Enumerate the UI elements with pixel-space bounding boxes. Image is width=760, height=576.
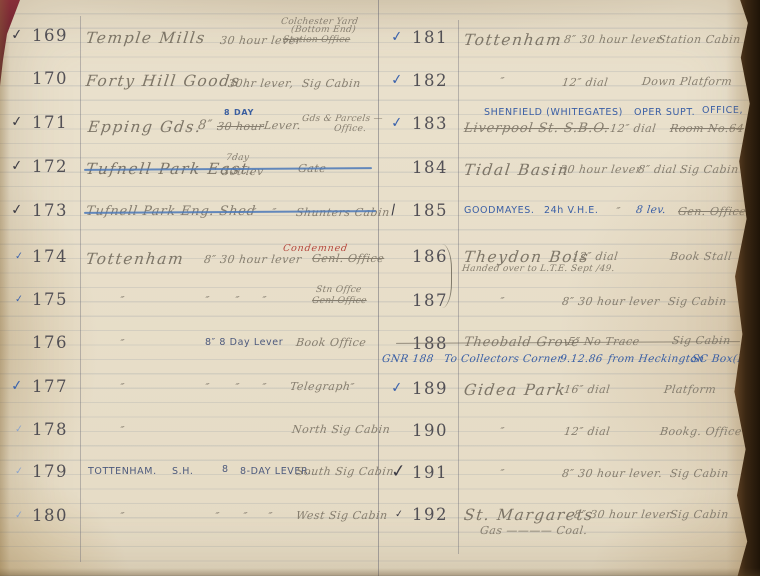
handwritten-text: Gds & Parcels — <box>301 114 383 124</box>
handwritten-text: Lever. <box>263 119 302 132</box>
handwritten-text: from Heckington <box>607 353 705 365</box>
handwritten-text: Book Office <box>295 336 367 349</box>
entry-number: 190 <box>400 421 448 440</box>
handwritten-text: ″ <box>119 510 126 523</box>
handwritten-text: S.H. <box>172 466 193 477</box>
entry-number: 186 <box>400 247 448 266</box>
handwritten-text: ″ <box>204 381 211 394</box>
left-number-divider <box>80 16 81 562</box>
handwritten-text: Gas ———— Coal. <box>479 524 588 537</box>
ledger-row: 188Theobald Grove5″ No TraceSig CabinGNR… <box>380 334 760 364</box>
ledger-page: ✓169Temple Mills30 hour leverColchester … <box>0 0 760 576</box>
handwritten-text: (Bottom End) <box>290 25 356 35</box>
handwritten-text: ″ <box>261 381 268 394</box>
handwritten-text: Tottenham <box>463 31 564 49</box>
ledger-row: 170Forty Hill Goods30hr lever,Sig Cabin <box>0 69 378 99</box>
ledger-row: ✓183SHENFIELD (WHITEGATES)OPER SUPT.OFFI… <box>380 114 760 144</box>
handwritten-text: ″ <box>119 424 126 437</box>
handwritten-text: 8″ 30 hour lever <box>573 508 672 521</box>
entry-number: 173 <box>20 201 68 220</box>
handwritten-text: 30hr lever, <box>227 77 294 90</box>
entry-number: 181 <box>400 28 448 47</box>
entry-number: 171 <box>20 113 68 132</box>
ledger-row: ✓174Tottenham8″ 30 hour leverCondemnedGe… <box>0 247 378 277</box>
handwritten-text: Epping Gds. <box>87 118 203 136</box>
handwritten-text: ″ <box>499 75 506 88</box>
handwritten-text: Gidea Park <box>463 381 568 399</box>
handwritten-text: Temple Mills <box>85 29 207 47</box>
handwritten-text: Office. <box>333 124 366 134</box>
entry-number: 180 <box>20 506 68 525</box>
handwritten-text: 12″ dial <box>609 122 657 135</box>
handwritten-text: 8 DAY <box>224 108 254 117</box>
entry-number: 187 <box>400 291 448 310</box>
handwritten-text: 8″ 30 hour lever. <box>561 467 663 480</box>
ledger-row: ✓179TOTTENHAM.S.H.88-DAY LEVER.South Sig… <box>0 462 378 492</box>
handwritten-text: ″ <box>499 295 506 308</box>
handwritten-text: Genl Office <box>311 296 367 306</box>
handwritten-text: ″ <box>267 510 274 523</box>
center-column-divider <box>378 0 379 576</box>
handwritten-text: 12″ dial <box>563 425 611 438</box>
handwritten-text: 24h V.H.E. <box>544 205 598 216</box>
entry-number: 179 <box>20 462 68 481</box>
entry-number: 170 <box>20 69 68 88</box>
ledger-row: ✓172Tufnell Park East.7day30t levGate <box>0 157 378 187</box>
handwritten-text: Telegraph <box>289 380 351 393</box>
handwritten-text: ″ <box>119 294 126 307</box>
ledger-row: 190″12″ dialBookg. Office <box>380 421 760 451</box>
handwritten-text: ″ <box>349 381 356 394</box>
handwritten-text: TOTTENHAM. <box>88 466 157 477</box>
handwritten-text: Liverpool St. S.B.O. <box>463 121 610 136</box>
ledger-row: 187″8″ 30 hour leverSig Cabin <box>380 291 760 321</box>
column-right: ✓181Tottenham8″ 30 hour leverStation Cab… <box>380 0 760 576</box>
handwritten-text: Down Platform <box>641 75 733 88</box>
ledger-row: ✓191″8″ 30 hour lever.Sig Cabin <box>380 463 760 493</box>
handwritten-text: Forty Hill Goods <box>85 72 242 90</box>
entry-number: 191 <box>400 463 448 482</box>
entry-number: 177 <box>20 377 68 396</box>
handwritten-text: Stn Offce <box>315 285 362 295</box>
ledger-row: ✓192St. Margarets8″ 30 hour leverSig Cab… <box>380 505 760 535</box>
entry-number: 169 <box>20 26 68 45</box>
entry-number: 182 <box>400 71 448 90</box>
handwritten-text: Sig Cabin <box>301 77 361 90</box>
handwritten-text: To Collectors Corner <box>443 353 563 365</box>
handwritten-text: 8″ 30 hour lever <box>561 295 660 308</box>
handwritten-text: 8″ dial <box>637 163 677 176</box>
handwritten-text: ″ <box>119 381 126 394</box>
handwritten-text: ″ <box>119 337 126 350</box>
handwritten-text: Book Stall <box>669 250 733 263</box>
entry-number: 172 <box>20 157 68 176</box>
ledger-row: /185GOODMAYES.24h V.H.E.″8 lev.Gen. Offi… <box>380 201 760 231</box>
right-number-divider <box>458 20 459 554</box>
handwritten-text: ″ <box>615 205 622 218</box>
ledger-row: ✓181Tottenham8″ 30 hour leverStation Cab… <box>380 28 760 58</box>
entry-number: 192 <box>400 505 448 524</box>
handwritten-text: 8 lev. <box>635 204 666 216</box>
column-left: ✓169Temple Mills30 hour leverColchester … <box>0 0 378 576</box>
entry-number: 174 <box>20 247 68 266</box>
ledger-row: ✓178″North Sig Cabin <box>0 420 378 450</box>
handwritten-text: 8″ 30 hour lever <box>563 33 662 46</box>
handwritten-text: Sig Cabin <box>669 467 729 480</box>
handwritten-text: Shunters Cabin <box>295 206 390 219</box>
handwritten-text: 12″ dial <box>571 250 619 263</box>
ledger-row: 186Theydon Bois12″ dialBook StallHanded … <box>380 247 760 277</box>
handwritten-text: Station Office <box>282 35 350 45</box>
handwritten-text: 9.12.86 <box>559 353 603 365</box>
handwritten-text: West Sig Cabin <box>295 509 388 522</box>
handwritten-text: Tottenham <box>85 250 186 268</box>
page-gutter <box>0 0 10 576</box>
handwritten-text: SHENFIELD (WHITEGATES) <box>484 107 623 118</box>
handwritten-text: Sig Cabin <box>669 508 729 521</box>
handwritten-text: ″ <box>204 294 211 307</box>
ledger-row: ✓177″″″″Telegraph″ <box>0 377 378 407</box>
handwritten-text: 8 <box>222 464 229 475</box>
handwritten-text: 12″ dial <box>561 76 609 89</box>
handwritten-text: Tidal Basin <box>463 161 571 179</box>
handwritten-text: ″ <box>261 294 268 307</box>
handwritten-text: Handed over to L.T.E. Sept /49. <box>461 264 615 274</box>
handwritten-text: North Sig Cabin <box>291 423 391 436</box>
entry-number: 175 <box>20 290 68 309</box>
handwritten-text: 8″ 30 hour lever <box>203 253 302 266</box>
ledger-row: ✓169Temple Mills30 hour leverColchester … <box>0 26 378 56</box>
handwritten-text: 16″ dial <box>563 383 611 396</box>
ledger-row: 184Tidal Basin30 hour lever8″ dialSig Ca… <box>380 158 760 188</box>
handwritten-text: OPER SUPT. <box>634 107 695 118</box>
checkmark-icon: / <box>390 202 396 218</box>
handwritten-text: Genl. Office <box>311 252 385 265</box>
handwritten-text: ″ <box>499 467 506 480</box>
page-bottom-shadow <box>0 568 760 576</box>
handwritten-text: 30 hour lever <box>559 163 642 176</box>
entry-number: 185 <box>400 201 448 220</box>
handwritten-text: GOODMAYES. <box>464 205 534 216</box>
handwritten-text: ″ <box>242 510 249 523</box>
handwritten-text: GNR 188 <box>381 353 434 365</box>
entry-number: 184 <box>400 158 448 177</box>
handwritten-text: 30 hour <box>216 120 265 133</box>
ledger-row: ✓189Gidea Park16″ dialPlatform <box>380 379 760 409</box>
handwritten-text: ″ <box>234 381 241 394</box>
handwritten-text: Sig Cabin <box>667 295 727 308</box>
handwritten-text: 8″ 8 Day Lever <box>205 337 283 348</box>
handwritten-text: ″ <box>234 294 241 307</box>
entry-number: 178 <box>20 420 68 439</box>
handwritten-text: ″ <box>214 510 221 523</box>
handwritten-text: 8″ <box>197 118 214 133</box>
ledger-row: ✓180″″″″West Sig Cabin <box>0 506 378 536</box>
handwritten-text: Platform <box>663 383 717 396</box>
entry-number: 183 <box>400 114 448 133</box>
entry-number: 176 <box>20 333 68 352</box>
ledger-row: ✓182″12″ dialDown Platform <box>380 71 760 101</box>
entry-number: 189 <box>400 379 448 398</box>
ledger-row: 176″8″ 8 Day LeverBook Office <box>0 333 378 363</box>
handwritten-text: ″ <box>499 425 506 438</box>
ledger-row: ✓173Tufnell Park Eng. Shed″″Shunters Cab… <box>0 201 378 231</box>
handwritten-text: 7day <box>225 153 249 163</box>
ledger-row: ✓175″″″″Stn OffceGenl Office <box>0 290 378 320</box>
ledger-row: ✓171Epping Gds.8″30 hour8 DAYLever.Gds &… <box>0 113 378 143</box>
